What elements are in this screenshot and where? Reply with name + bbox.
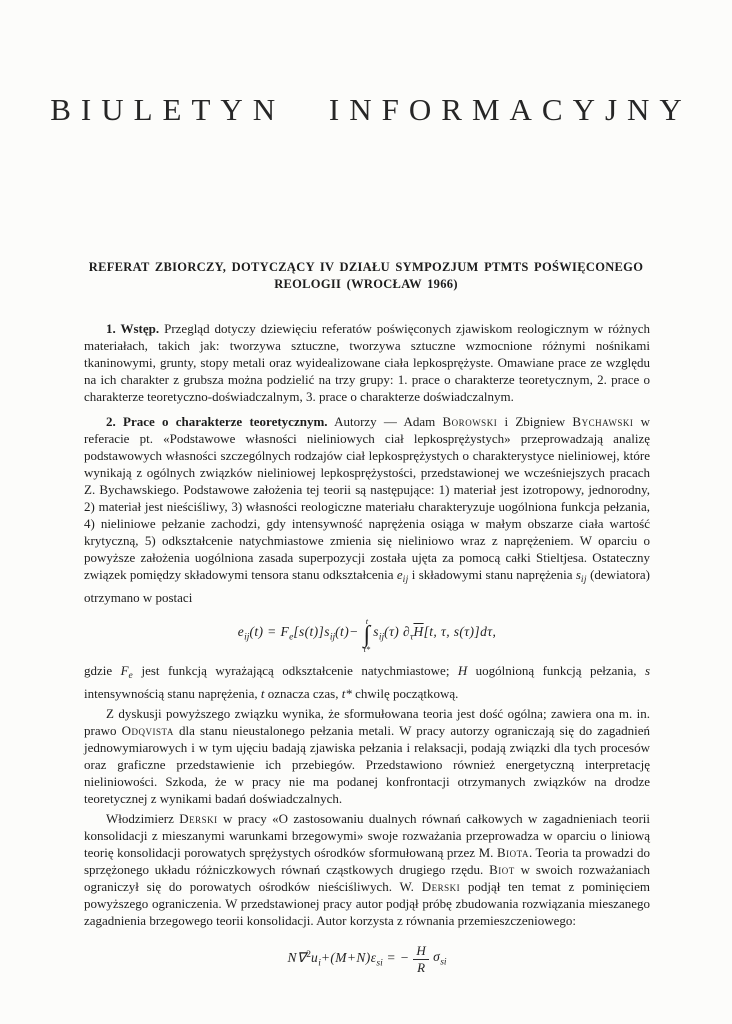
text-run: Przegląd dotyczy dziewięciu referatów po…	[84, 321, 650, 404]
text-run: uogólnioną funkcją pełzania,	[467, 663, 645, 678]
paragraph-prace-teoretyczne: 2. Prace o charakterze teoretycznym. Aut…	[84, 413, 650, 606]
equation-przemieszczeniowe: N∇2ui+(M+N)εsi = − H R σsi	[84, 944, 650, 974]
equation2-rhs: σsi	[433, 948, 446, 972]
text-run: jest funkcją wyrażającą odkształcenie na…	[133, 663, 458, 678]
equation2-lhs: N∇2ui+(M+N)εsi = −	[287, 947, 409, 973]
fraction-numerator: H	[413, 944, 429, 960]
article-heading: REFERAT ZBIORCZY, DOTYCZĄCY IV DZIAŁU SY…	[60, 259, 672, 293]
bulletin-title: BIULETYN INFORMACYJNY	[0, 92, 732, 128]
article-body: 1. Wstęp. Przegląd dotyczy dziewięciu re…	[84, 320, 650, 974]
text-run: Borowski	[443, 414, 498, 429]
fraction-denominator: R	[417, 960, 425, 975]
text-run: Biota	[497, 845, 529, 860]
text-run: s	[645, 663, 650, 678]
text-run: Derski	[422, 879, 460, 894]
text-run: w referacie pt. «Podstawowe własności ni…	[84, 414, 650, 582]
text-run: Biot	[489, 862, 515, 877]
text-run: t*	[342, 686, 352, 701]
text-run: Odqvista	[122, 723, 174, 738]
equation-stieltjes: eij(t) = Fe[s(t)]sij(t)− t ∫ t* sij(τ) ∂…	[84, 617, 650, 653]
integral-sign: t ∫ t*	[364, 617, 371, 653]
text-run: 1. Wstęp.	[106, 321, 159, 336]
paragraph-gdzie: gdzie Fe jest funkcją wyrażającą odkszta…	[84, 662, 650, 702]
text-run: H	[458, 663, 467, 678]
paragraph-dyskusja: Z dyskusji powyższego związku wynika, że…	[84, 705, 650, 807]
text-run: Włodzimierz	[106, 811, 179, 826]
text-run: intensywnością stanu naprężenia,	[84, 686, 261, 701]
equation-integrand: sij(τ) ∂τH[t, τ, s(τ)]dτ,	[373, 623, 496, 647]
text-run: i składowymi stanu naprężenia	[409, 567, 576, 582]
fraction-H-over-R: H R	[413, 944, 429, 974]
text-run: 2. Prace o charakterze teoretycznym.	[106, 414, 328, 429]
text-run: chwilę początkową.	[352, 686, 458, 701]
text-run: Autorzy — Adam	[328, 414, 443, 429]
text-run: F	[121, 663, 129, 678]
paragraph-derski: Włodzimierz Derski w pracy «O zastosowan…	[84, 810, 650, 929]
article-heading-line1: REFERAT ZBIORCZY, DOTYCZĄCY IV DZIAŁU SY…	[60, 259, 672, 276]
text-run: oznacza czas,	[265, 686, 342, 701]
text-run: Bychawski	[572, 414, 633, 429]
integral-lower-limit: t*	[364, 645, 371, 654]
integral-glyph: ∫	[364, 626, 371, 645]
text-run: Derski	[179, 811, 217, 826]
text-run: i Zbigniew	[497, 414, 572, 429]
scanned-journal-page: BIULETYN INFORMACYJNY REFERAT ZBIORCZY, …	[0, 0, 732, 1024]
paragraph-wstep: 1. Wstęp. Przegląd dotyczy dziewięciu re…	[84, 320, 650, 405]
text-run: gdzie	[84, 663, 121, 678]
H-bar-symbol: H	[413, 624, 423, 639]
article-heading-line2: REOLOGII (WROCŁAW 1966)	[60, 276, 672, 293]
equation-lhs: eij(t) = Fe[s(t)]sij(t)−	[238, 623, 359, 647]
